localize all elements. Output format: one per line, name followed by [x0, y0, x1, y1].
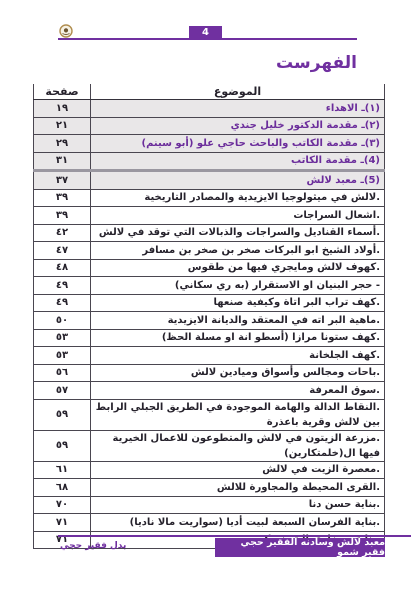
- toc-entry-page: ٣٩: [34, 207, 91, 225]
- toc-entry-page: ٤٢: [34, 224, 91, 242]
- page-title: الفهرست: [276, 52, 357, 74]
- toc-row: .القرى المحيطة والمجاورة للالش ٦٨: [34, 479, 385, 497]
- toc-entry-title: .بناية الفرسان السبعة لبيت أديا (سواريت …: [91, 514, 385, 532]
- toc-entry-title: .أولاد الشيخ ابو البركات صخر بن صخر بن م…: [91, 242, 385, 260]
- toc-entry-title: .ماهية البر اته في المعتقد والديانة الاي…: [91, 312, 385, 330]
- emblem-icon: [59, 23, 73, 37]
- toc-entry-title: (١)ـ الاهداء: [91, 100, 385, 118]
- toc-row: .كهف الجلخانة ٥٣: [34, 347, 385, 365]
- toc-row: - حجر البنيان او الاستقرار (به ري سكاني)…: [34, 277, 385, 295]
- page-number: 4: [202, 28, 209, 38]
- column-header-subject: الموضوع: [91, 84, 385, 100]
- footer-banner-text: معبد لالش وسادنه الفقير حجي فقير شمو: [215, 538, 385, 557]
- toc-entry-title: .سوق المعرفة: [91, 382, 385, 400]
- toc-entry-title: (٢)ـ مقدمة الدكتور خليل جندي: [91, 117, 385, 135]
- toc-entry-page: ٧٠: [34, 496, 91, 514]
- toc-row: (٢)ـ مقدمة الدكتور خليل جندي ٢١: [34, 117, 385, 135]
- toc-entry-page: ٣١: [34, 152, 91, 171]
- toc-entry-title: .القرى المحيطة والمجاورة للالش: [91, 479, 385, 497]
- toc-entry-title: (5)ـ معبد لالش: [91, 171, 385, 190]
- toc-row: (5)ـ معبد لالش ٣٧: [34, 171, 385, 190]
- toc-entry-page: ٥٩: [34, 430, 91, 461]
- book-page: 4 الفهرست الموضوع صفحة (١)ـ الاهداء ١٩ (…: [0, 0, 416, 589]
- toc-row: (4)ـ مقدمة الكاتب ٣١: [34, 152, 385, 171]
- toc-entry-page: ٥٦: [34, 364, 91, 382]
- toc-entry-page: ٥٣: [34, 329, 91, 347]
- toc-row: .كهف تراب البر اتاة وكيفية صنعها ٤٩: [34, 294, 385, 312]
- toc-entry-title: (4)ـ مقدمة الكاتب: [91, 152, 385, 171]
- toc-row: .بناية الفرسان السبعة لبيت أديا (سواريت …: [34, 514, 385, 532]
- toc-entry-title: .كهف تراب البر اتاة وكيفية صنعها: [91, 294, 385, 312]
- toc-entry-title: .بناية حسن دنا: [91, 496, 385, 514]
- toc-entry-page: ٤٩: [34, 277, 91, 295]
- toc-row: (٣)ـ مقدمة الكاتب والباحث حاجي علو (أبو …: [34, 135, 385, 153]
- toc-row: .كهف ستونا مرازا (أسطو انة او مسلة الحظ)…: [34, 329, 385, 347]
- toc-table-body: (١)ـ الاهداء ١٩ (٢)ـ مقدمة الدكتور خليل …: [34, 100, 385, 549]
- toc-entry-page: ٥٠: [34, 312, 91, 330]
- toc-row: .اشعال السراجات ٣٩: [34, 207, 385, 225]
- toc-entry-page: ٤٨: [34, 259, 91, 277]
- toc-table: الموضوع صفحة (١)ـ الاهداء ١٩ (٢)ـ مقدمة …: [33, 84, 385, 549]
- toc-row: .النقاط الدالة والهامة الموجودة في الطري…: [34, 399, 385, 430]
- toc-entry-page: ٧١: [34, 514, 91, 532]
- toc-entry-title: .النقاط الدالة والهامة الموجودة في الطري…: [91, 399, 385, 430]
- toc-row: .معصرة الزيت في لالش ٦١: [34, 461, 385, 479]
- toc-entry-title: - حجر البنيان او الاستقرار (به ري سكاني): [91, 277, 385, 295]
- toc-entry-page: ٦٨: [34, 479, 91, 497]
- toc-header-row: الموضوع صفحة: [34, 84, 385, 100]
- toc-entry-title: .باحات ومجالس وأسواق وميادين لالش: [91, 364, 385, 382]
- toc-entry-title: .لالش في ميثولوجيا الايزيدية والمصادر ال…: [91, 189, 385, 207]
- footer-side-note: بدل فقير حجي: [60, 542, 126, 551]
- toc-entry-page: ٦١: [34, 461, 91, 479]
- toc-entry-title: (٣)ـ مقدمة الكاتب والباحث حاجي علو (أبو …: [91, 135, 385, 153]
- toc-entry-page: ٤٩: [34, 294, 91, 312]
- column-header-page: صفحة: [34, 84, 91, 100]
- toc-entry-page: ٤٧: [34, 242, 91, 260]
- toc-entry-title: .كهف الجلخانة: [91, 347, 385, 365]
- toc-entry-title: .كهوف لالش ومايجري فيها من طقوس: [91, 259, 385, 277]
- toc-entry-page: ١٩: [34, 100, 91, 118]
- toc-entry-title: .مزرعة الزيتون في لالش والمتطوعون للاعما…: [91, 430, 385, 461]
- toc-entry-page: ٣٧: [34, 171, 91, 190]
- toc-entry-page: ٥٧: [34, 382, 91, 400]
- toc-row: .أولاد الشيخ ابو البركات صخر بن صخر بن م…: [34, 242, 385, 260]
- toc-row: .كهوف لالش ومايجري فيها من طقوس ٤٨: [34, 259, 385, 277]
- toc-entry-page: ٢١: [34, 117, 91, 135]
- toc-row: .مزرعة الزيتون في لالش والمتطوعون للاعما…: [34, 430, 385, 461]
- toc-row: (١)ـ الاهداء ١٩: [34, 100, 385, 118]
- toc-entry-title: .معصرة الزيت في لالش: [91, 461, 385, 479]
- toc-entry-page: ٥٣: [34, 347, 91, 365]
- toc-row: .أسماء القناديل والسراجات والذبالات التي…: [34, 224, 385, 242]
- toc-row: .ماهية البر اته في المعتقد والديانة الاي…: [34, 312, 385, 330]
- footer-banner: معبد لالش وسادنه الفقير حجي فقير شمو: [215, 538, 385, 557]
- toc-entry-title: .أسماء القناديل والسراجات والذبالات التي…: [91, 224, 385, 242]
- header-rule: [58, 38, 357, 40]
- toc-entry-page: ٢٩: [34, 135, 91, 153]
- toc-row: .باحات ومجالس وأسواق وميادين لالش ٥٦: [34, 364, 385, 382]
- toc-entry-page: ٥٩: [34, 399, 91, 430]
- toc-entry-title: .اشعال السراجات: [91, 207, 385, 225]
- toc-row: .لالش في ميثولوجيا الايزيدية والمصادر ال…: [34, 189, 385, 207]
- toc-row: .بناية حسن دنا ٧٠: [34, 496, 385, 514]
- toc-row: .سوق المعرفة ٥٧: [34, 382, 385, 400]
- toc-entry-title: .كهف ستونا مرازا (أسطو انة او مسلة الحظ): [91, 329, 385, 347]
- toc-entry-page: ٣٩: [34, 189, 91, 207]
